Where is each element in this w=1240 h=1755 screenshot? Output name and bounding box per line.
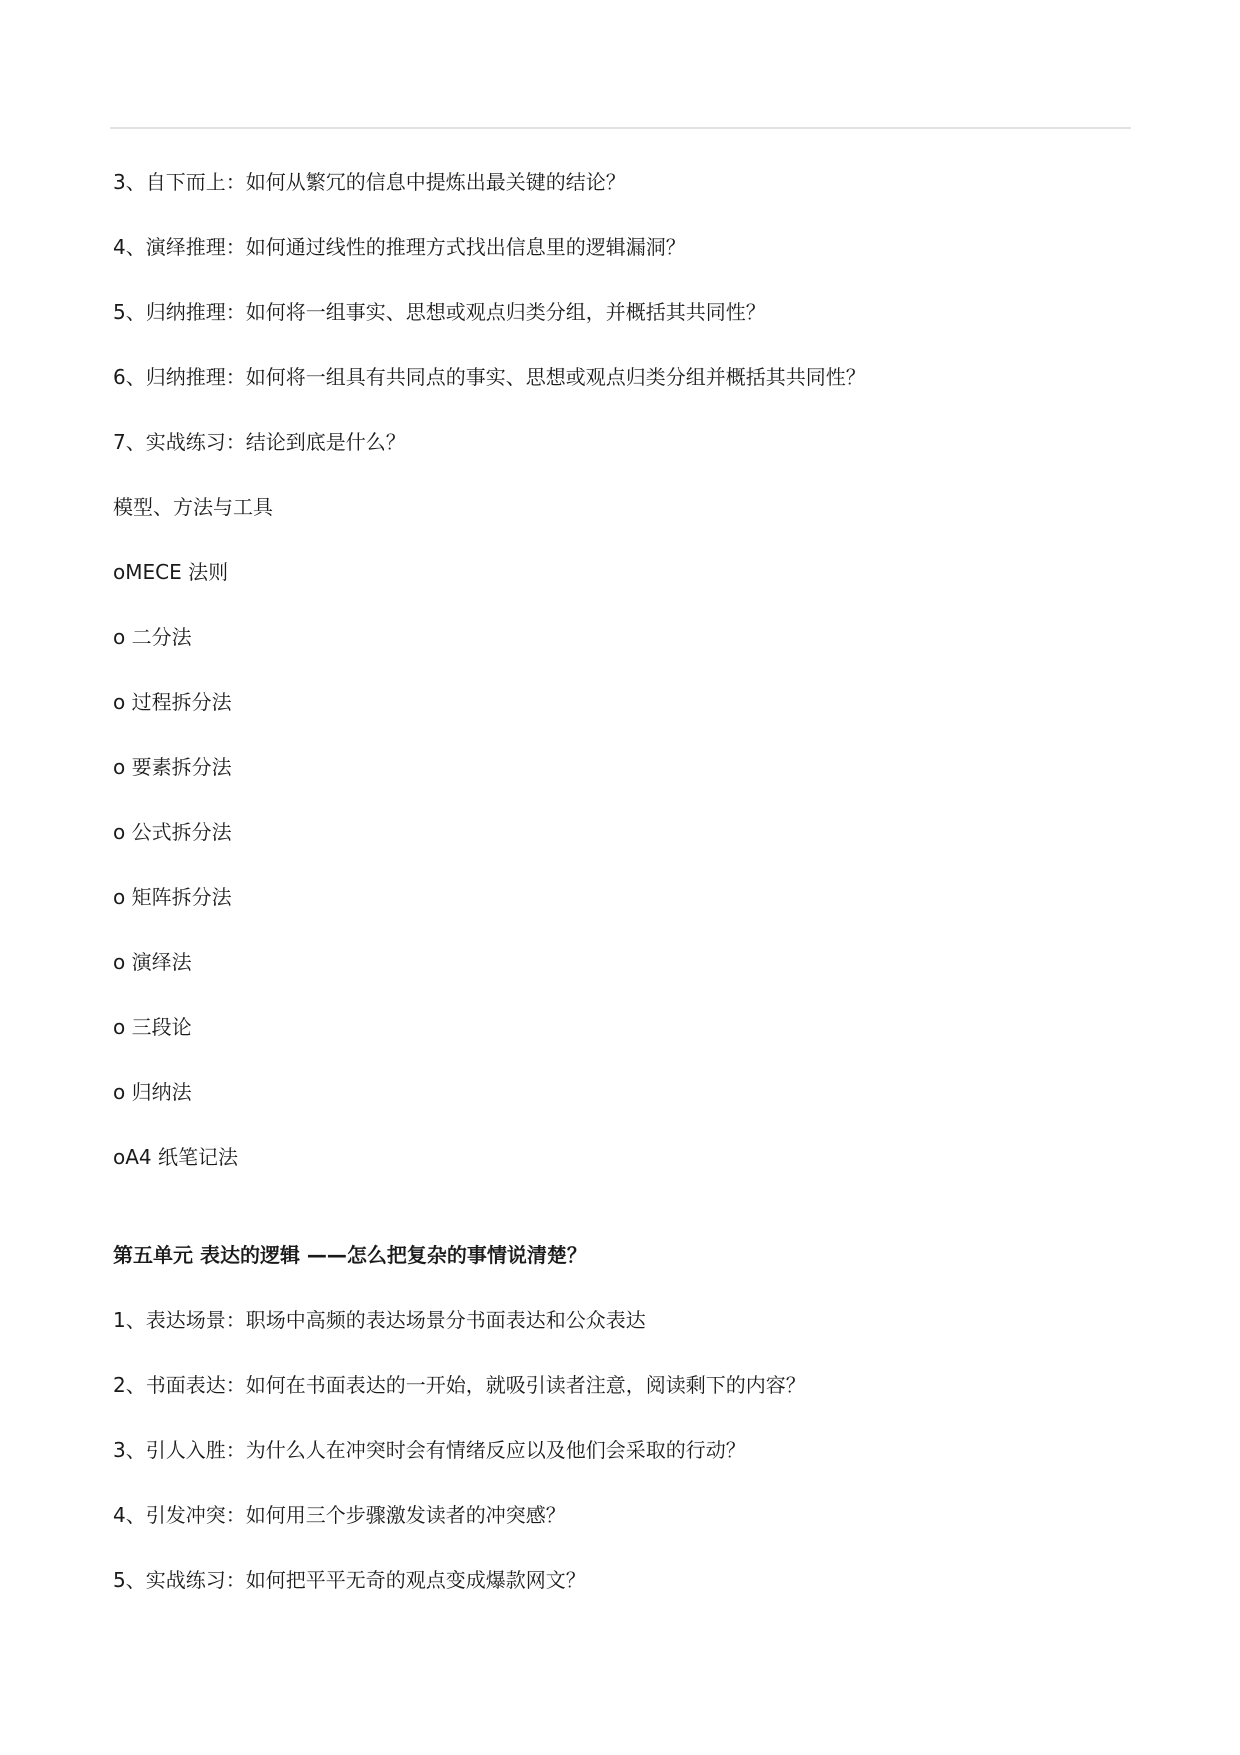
tool-item: o 三段论 <box>113 1013 192 1041</box>
question-item: 6、归纳推理：如何将一组具有共同点的事实、思想或观点归类分组并概括其共同性？ <box>113 363 866 391</box>
tool-item: o 演绎法 <box>113 948 192 976</box>
question-item: 3、自下而上：如何从繁冗的信息中提炼出最关键的结论？ <box>113 168 626 196</box>
tool-item: o 公式拆分法 <box>113 818 232 846</box>
unit-heading: 第五单元 表达的逻辑 ——怎么把复杂的事情说清楚？ <box>113 1241 587 1269</box>
question-item: 7、实战练习：结论到底是什么？ <box>113 428 406 456</box>
unit-item: 5、实战练习：如何把平平无奇的观点变成爆款网文？ <box>113 1566 586 1594</box>
unit-item: 2、书面表达：如何在书面表达的一开始，就吸引读者注意，阅读剩下的内容？ <box>113 1371 806 1399</box>
tools-title: 模型、方法与工具 <box>113 493 273 521</box>
tool-item: oMECE 法则 <box>113 558 228 586</box>
question-item: 4、演绎推理：如何通过线性的推理方式找出信息里的逻辑漏洞？ <box>113 233 686 261</box>
unit-item: 4、引发冲突：如何用三个步骤激发读者的冲突感？ <box>113 1501 566 1529</box>
tool-item: o 二分法 <box>113 623 192 651</box>
tool-item: oA4 纸笔记法 <box>113 1143 238 1171</box>
top-divider <box>110 127 1131 129</box>
tool-item: o 归纳法 <box>113 1078 192 1106</box>
tool-item: o 要素拆分法 <box>113 753 232 781</box>
tool-item: o 过程拆分法 <box>113 688 232 716</box>
unit-item: 1、表达场景：职场中高频的表达场景分书面表达和公众表达 <box>113 1306 646 1334</box>
question-item: 5、归纳推理：如何将一组事实、思想或观点归类分组，并概括其共同性？ <box>113 298 766 326</box>
tool-item: o 矩阵拆分法 <box>113 883 232 911</box>
unit-item: 3、引人入胜：为什么人在冲突时会有情绪反应以及他们会采取的行动？ <box>113 1436 746 1464</box>
